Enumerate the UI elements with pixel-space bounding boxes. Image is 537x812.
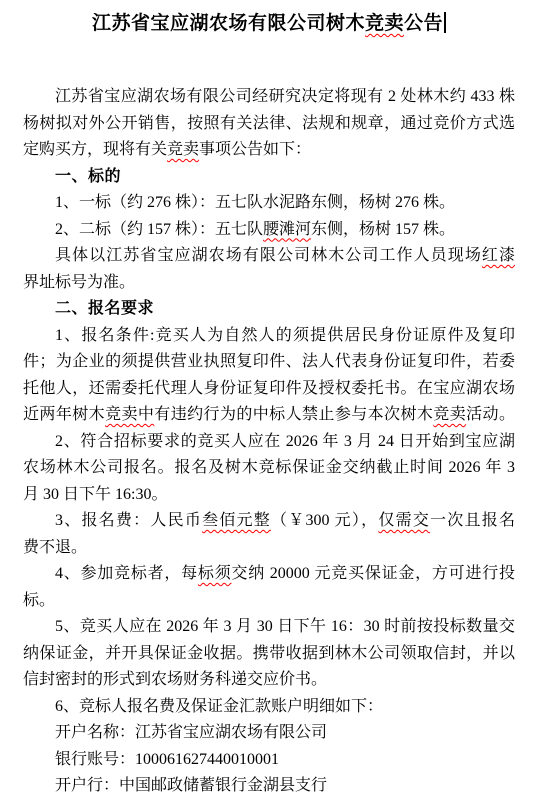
text-line: 6、竞标人报名费及保证金汇款账户明细如下：	[23, 694, 515, 721]
text-line: 托他人，还需委托代理人身份证复印件及授权委托书。在宝应湖农场	[23, 376, 515, 403]
text-segment: 开户名称：江苏省宝应湖农场有限公司	[55, 724, 327, 741]
text-line: 2、二标（约 157 株）：五七队腰滩河东侧，杨树 157 株。	[23, 217, 515, 244]
text-segment: 托他人，还需委托代理人身份证复印件及授权委托书。在宝应湖农场	[23, 380, 515, 397]
document-title: 江苏省宝应湖农场有限公司树木竞卖公告	[23, 12, 515, 36]
text-line: 信封密封的形式到农场财务科递交应价书。	[23, 667, 515, 694]
misspelled-word: 标须	[198, 565, 232, 582]
text-segment: 6、竞标人报名费及保证金汇款账户明细如下：	[55, 698, 383, 715]
misspelled-word: 仅需交	[378, 512, 430, 529]
text-line: 2、符合招标要求的竞买人应在 2026 年 3 月 24 日开始到宝应湖	[23, 429, 515, 456]
text-line: 江苏省宝应湖农场有限公司经研究决定将现有 2 处林木约 433 株	[23, 84, 515, 111]
misspelled-word: 竞卖	[167, 141, 199, 158]
misspelled-word: 竞卖	[433, 406, 466, 423]
text-segment: 江苏省宝应湖农场有限公司经研究决定将现有 2 处林木约 433 株	[55, 88, 515, 105]
text-segment: 二、报名要求	[55, 300, 154, 317]
document-body: 江苏省宝应湖农场有限公司经研究决定将现有 2 处林木约 433 株杨树拟对外公开…	[23, 84, 515, 800]
text-segment: 一次且报名	[430, 512, 515, 529]
text-segment: 月 30 日下午 16:30。	[23, 486, 167, 503]
text-line: 近两年树木竞卖中有违约行为的中标人禁止参与本次树木竞卖活动。	[23, 402, 515, 429]
text-segment: 标。	[23, 592, 55, 609]
text-line: 5、竞买人应在 2026 年 3 月 30 日下午 16：30 时前按投标数量交	[23, 614, 515, 641]
text-segment: （￥300 元），	[271, 512, 378, 529]
text-segment: 事项公告如下：	[199, 141, 311, 158]
text-line: 杨树拟对外公开销售，按照有关法律、法规和规章，通过竞价方式选	[23, 111, 515, 138]
text-line: 月 30 日下午 16:30。	[23, 482, 515, 509]
text-segment: 农场林木公司报名。报名及树木竞标保证金交纳截止时间 2026 年 3	[23, 459, 515, 476]
text-segment: 1、一标（约 276 株）：五七队水泥路东侧，杨树 276 株。	[55, 194, 455, 211]
text-line: 件；为企业的须提供营业执照复印件、法人代表身份证复印件，若委	[23, 349, 515, 376]
text-line: 标。	[23, 588, 515, 615]
text-segment: 界址标号为准。	[23, 274, 135, 291]
text-segment: 一、标的	[55, 168, 121, 185]
text-segment: 4、参加竞标者，每	[55, 565, 198, 582]
text-cursor	[444, 12, 446, 33]
misspelled-word: 红漆	[482, 247, 515, 264]
text-line: 1、一标（约 276 株）：五七队水泥路东侧，杨树 276 株。	[23, 190, 515, 217]
text-line: 农场林木公司报名。报名及树木竞标保证金交纳截止时间 2026 年 3	[23, 455, 515, 482]
text-line: 费不退。	[23, 535, 515, 562]
text-line: 界址标号为准。	[23, 270, 515, 297]
text-segment: 近两年树木	[23, 406, 105, 423]
section-heading-line: 一、标的	[23, 164, 515, 191]
text-line: 开户名称：江苏省宝应湖农场有限公司	[23, 720, 515, 747]
text-line: 银行账号：100061627440010001	[23, 747, 515, 774]
misspelled-word: 腰滩河	[263, 221, 311, 238]
text-segment: 2、符合招标要求的竞买人应在 2026 年 3 月 24 日开始到宝应湖	[55, 433, 515, 450]
misspelled-word: 竞卖	[365, 13, 404, 34]
document-title-text: 江苏省宝应湖农场有限公司树木竞卖公告	[92, 13, 443, 34]
section-heading-line: 二、报名要求	[23, 296, 515, 323]
text-line: 开户行：中国邮政储蓄银行金湖县支行	[23, 773, 515, 800]
text-line: 具体以江苏省宝应湖农场有限公司林木公司工作人员现场红漆	[23, 243, 515, 270]
text-segment: 件；为企业的须提供营业执照复印件、法人代表身份证复印件，若委	[23, 353, 515, 370]
text-segment: 费不退。	[23, 539, 87, 556]
text-segment: 纳保证金，并开具保证金收据。携带收据到林木公司领取信封，并以	[23, 645, 515, 662]
text-segment: 公告	[404, 13, 443, 34]
text-segment: 2、二标（约 157 株）：五七队	[55, 221, 263, 238]
misspelled-word: 竞卖中	[105, 406, 154, 423]
document-page: 江苏省宝应湖农场有限公司树木竞卖公告 江苏省宝应湖农场有限公司经研究决定将现有 …	[0, 0, 537, 812]
text-segment: 开户行：中国邮政储蓄银行金湖县支行	[55, 777, 327, 794]
text-segment: 1、报名条件:竞买人为自然人的须提供居民身份证原件及复印	[55, 327, 515, 344]
text-line: 1、报名条件:竞买人为自然人的须提供居民身份证原件及复印	[23, 323, 515, 350]
text-segment: 杨树拟对外公开销售，按照有关法律、法规和规章，通过竞价方式选	[23, 115, 515, 132]
text-segment: 活动。	[466, 406, 515, 423]
text-segment: 信封密封的形式到农场财务科递交应价书。	[23, 671, 327, 688]
text-segment: 东侧，杨树 157 株。	[311, 221, 455, 238]
text-line: 定购买方，现将有关竞卖事项公告如下：	[23, 137, 515, 164]
text-segment: 5、竞买人应在 2026 年 3 月 30 日下午 16：30 时前按投标数量交	[55, 618, 515, 635]
text-segment: 3、报名费：人民币	[55, 512, 202, 529]
text-line: 纳保证金，并开具保证金收据。携带收据到林木公司领取信封，并以	[23, 641, 515, 668]
text-segment: 有违约行为的中标人禁止参与本次树木	[154, 406, 433, 423]
text-segment: 江苏省宝应湖农场有限公司树木	[92, 13, 365, 34]
text-segment: 银行账号：100061627440010001	[55, 751, 279, 768]
text-line: 4、参加竞标者，每标须交纳 20000 元竞买保证金，方可进行投	[23, 561, 515, 588]
text-segment: 定购买方，现将有关	[23, 141, 167, 158]
text-segment: 交纳 20000 元竞买保证金，方可进行投	[231, 565, 515, 582]
misspelled-word: 叁佰元整	[202, 512, 271, 529]
text-segment: 具体以江苏省宝应湖农场有限公司林木公司工作人员现场	[55, 247, 482, 264]
text-line: 3、报名费：人民币叁佰元整（￥300 元），仅需交一次且报名	[23, 508, 515, 535]
